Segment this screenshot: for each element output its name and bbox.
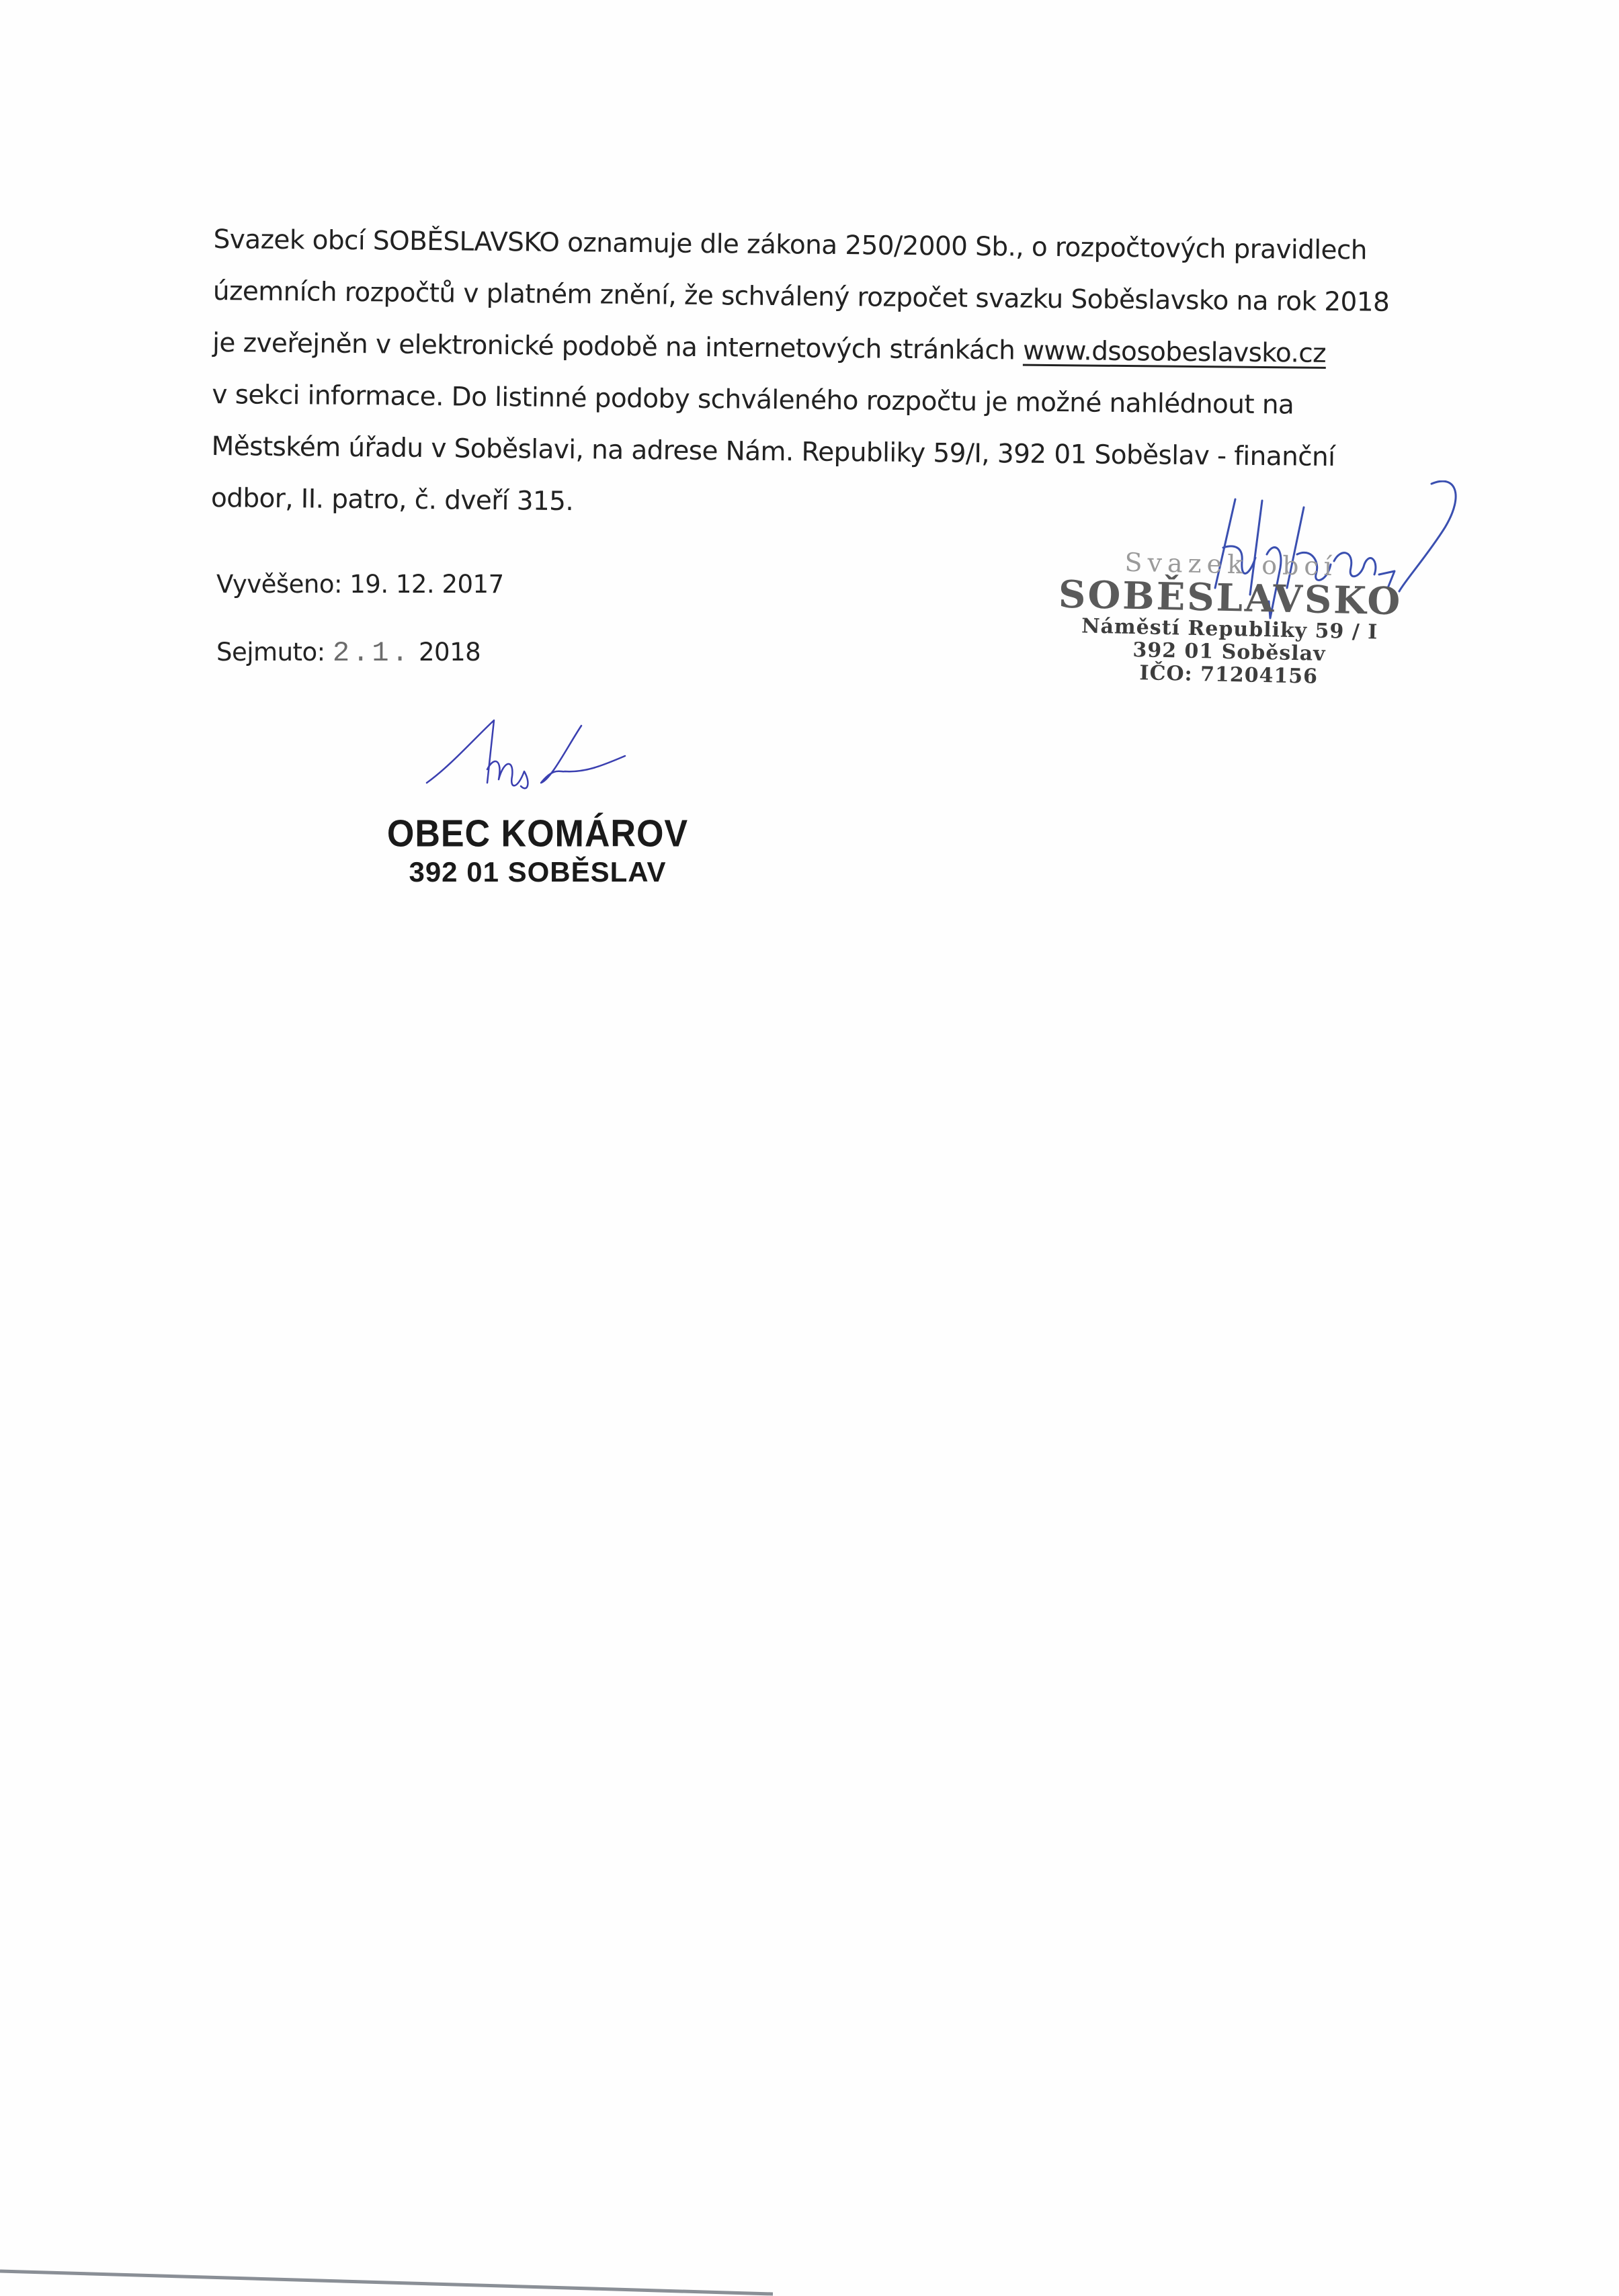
posting-dates: Vyvěšeno: 19. 12. 2017 Sejmuto: 2.1. 201… xyxy=(216,570,504,704)
posted-date-row: Vyvěšeno: 19. 12. 2017 xyxy=(216,570,504,637)
stamp-left-line: OBEC KOMÁROV xyxy=(380,812,696,857)
municipality-stamp: OBEC KOMÁROV 392 01 SOBĚSLAV xyxy=(380,813,696,890)
removed-stamped-date: 2.1. xyxy=(333,637,411,669)
removed-year: 2018 xyxy=(419,638,481,667)
association-stamp: Svazek obcí SOBĚSLAVSKO Náměstí Republik… xyxy=(1027,547,1433,691)
posted-label: Vyvěšeno: xyxy=(216,570,342,599)
notice-line-text: je zveřejněn v elektronické podobě na in… xyxy=(212,328,1023,366)
signature-left-icon xyxy=(423,719,638,800)
scanned-page: Svazek obcí SOBĚSLAVSKO oznamuje dle zák… xyxy=(0,0,1619,2296)
website-link[interactable]: www.dsosobeslavsko.cz xyxy=(1023,336,1326,369)
notice-paragraph: Svazek obcí SOBĚSLAVSKO oznamuje dle zák… xyxy=(211,214,1504,536)
scan-edge-shadow xyxy=(0,2264,1619,2296)
removed-date-row: Sejmuto: 2.1. 2018 xyxy=(216,637,504,704)
stamp-left-line: 392 01 SOBĚSLAV xyxy=(380,855,696,890)
posted-value: 19. 12. 2017 xyxy=(349,570,503,599)
removed-label: Sejmuto: xyxy=(216,638,325,667)
